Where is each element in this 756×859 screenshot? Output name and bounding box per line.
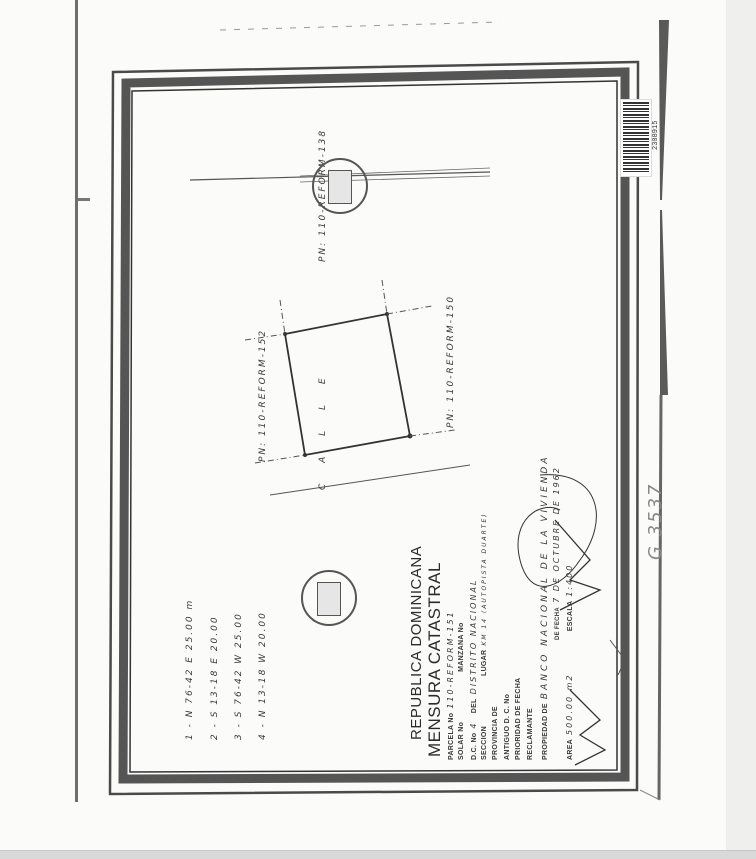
field-solar: SOLAR NoMANZANA No [458,622,465,760]
document-title: MENSURA CATASTRAL [425,562,445,757]
bearing-line-4: 4 - N 13-18 W 20.00 [258,611,268,740]
adjacent-parcel-label-east: PN: 110-REFORM-150 [446,295,456,428]
field-area: AREA500.00 m2 ESCALA1:400 [565,564,574,760]
margin-note: G 3537 [645,483,666,560]
adjacent-parcel-label-west: PN: 110-REFORM-152 [258,329,268,462]
field-fecha: DE FECHA7 DE OCTUBRE DE 1962 [552,466,561,640]
scanned-page: 2308915 PN: 110-REFORM-138 PN: 110-REFOR… [0,0,756,859]
street-label: C A L L E [318,369,328,490]
barcode-number: 2308915 [652,121,660,150]
bearing-line-1: 1 - N 76-42 E 25.00 m [185,599,195,740]
field-propiedad: PROPIEDAD DEBANCO NACIONAL DE LA VIVIEND… [540,455,550,761]
certification-stamp [312,158,368,214]
country-heading: REPUBLICA DOMINICANA [408,546,425,740]
viewer-bottom-bar [0,850,756,859]
certification-stamp [301,570,357,626]
field-reclamante: RECLAMANTE [527,708,534,760]
field-prioridad: PRIORIDAD DE FECHA [515,678,522,760]
bearing-line-3: 3 - S 76-42 W 25.00 [234,612,244,740]
stamp-center [317,582,341,616]
field-provincia: PROVINCIA DE [492,706,499,760]
stamp-center [328,170,352,204]
bearing-line-2: 2 - S 13-18 E 20.00 [210,615,220,740]
barcode [621,100,651,176]
field-antiguo-dc: ANTIGUO D. C. No [504,694,511,760]
field-parcela: PARCELA No110-REFORM-151 [446,610,455,760]
field-seccion: SECCIONLUGARKM 14 (AUTOPISTA DUARTE) [481,512,488,760]
field-dc: D.C. No4 DELDISTRITO NACIONAL [469,579,478,760]
